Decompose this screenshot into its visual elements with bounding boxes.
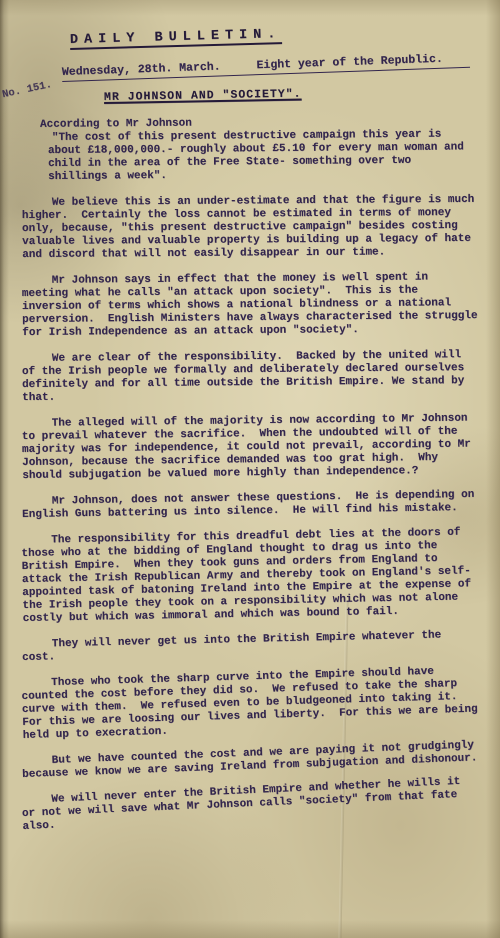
paragraph: The responsibility for this dreadful deb… <box>21 526 481 626</box>
paragraph: Mr Johnson says in effect that the money… <box>22 271 481 340</box>
paragraph: We are clear of the responsibility. Back… <box>22 349 480 405</box>
scanned-document-page: No. 151. DAILY BULLETIN. Wednesday, 28th… <box>0 0 500 938</box>
paragraphs: According to Mr Johnson"The cost of this… <box>22 119 480 834</box>
masthead-title: DAILY BULLETIN. <box>70 28 282 50</box>
dateline-date: Wednesday, 28th. March. <box>62 60 221 79</box>
paragraph: But we have counted the cost and we are … <box>22 739 481 782</box>
paragraph: They will never get us into the British … <box>22 629 480 665</box>
paragraph: "The cost of this present destructive ca… <box>48 128 476 184</box>
paragraph: We will never enter the British Empire a… <box>21 775 480 834</box>
paragraph: Mr Johnson, does not answer these questi… <box>22 489 480 522</box>
dateline: Wednesday, 28th. March. Eight year of th… <box>62 52 470 82</box>
paragraph: We believe this is an under-estimate and… <box>22 194 480 262</box>
paragraph: The alleged will of the majority is now … <box>22 412 481 483</box>
document-content: No. 151. DAILY BULLETIN. Wednesday, 28th… <box>22 34 480 847</box>
dateline-era: Eight year of the Republic. <box>256 53 443 72</box>
paragraph: Those who took the sharp curve into the … <box>21 664 481 743</box>
article-headline: MR JOHNSON AND "SOCIETY". <box>104 88 302 104</box>
